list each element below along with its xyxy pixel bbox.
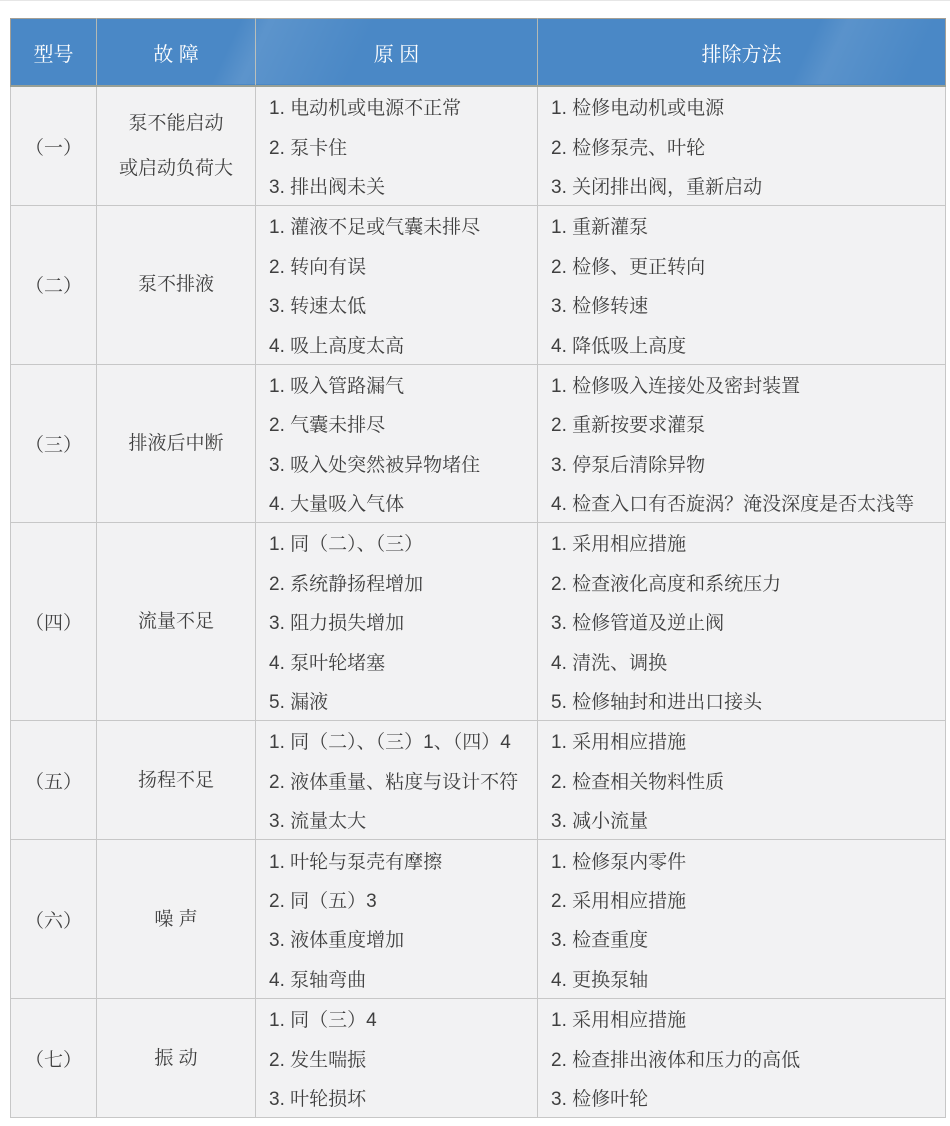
solutions-cell: 1. 检修泵内零件2. 采用相应措施3. 检查重度4. 更换泵轴	[538, 840, 946, 999]
fault-line: 流量不足	[97, 599, 255, 644]
model-cell: （六）	[11, 840, 97, 999]
fault-line: 泵不能启动	[97, 101, 255, 146]
solution-line: 4. 降低吸上高度	[551, 324, 945, 363]
cause-line: 4. 泵轴弯曲	[269, 959, 537, 998]
table-row: （四）流量不足1. 同（二）、（三）2. 系统静扬程增加3. 阻力损失增加4. …	[11, 523, 946, 721]
solution-line: 1. 检修吸入连接处及密封装置	[551, 365, 945, 404]
solutions-cell: 1. 采用相应措施2. 检查排出液体和压力的高低3. 检修叶轮	[538, 998, 946, 1117]
solutions-cell: 1. 采用相应措施2. 检查相关物料性质3. 减小流量	[538, 721, 946, 840]
model-cell: （三）	[11, 364, 97, 523]
causes-cell: 1. 灌液不足或气囊未排尽2. 转向有误3. 转速太低4. 吸上高度太高	[256, 206, 538, 365]
top-divider	[0, 0, 950, 1]
cause-line: 2. 液体重量、粘度与设计不符	[269, 761, 537, 800]
fault-cell: 泵不能启动或启动负荷大	[97, 86, 256, 206]
causes-cell: 1. 同（三）42. 发生喘振3. 叶轮损坏	[256, 998, 538, 1117]
solutions-cell: 1. 检修吸入连接处及密封装置2. 重新按要求灌泵3. 停泵后清除异物4. 检查…	[538, 364, 946, 523]
cause-line: 3. 阻力损失增加	[269, 602, 537, 641]
fault-cell: 扬程不足	[97, 721, 256, 840]
solution-line: 3. 关闭排出阀，重新启动	[551, 166, 945, 205]
solution-line: 2. 重新按要求灌泵	[551, 404, 945, 443]
solution-line: 1. 重新灌泵	[551, 206, 945, 245]
causes-cell: 1. 吸入管路漏气2. 气囊未排尽3. 吸入处突然被异物堵住4. 大量吸入气体	[256, 364, 538, 523]
cause-line: 1. 叶轮与泵壳有摩擦	[269, 840, 537, 879]
solution-line: 1. 采用相应措施	[551, 999, 945, 1038]
cause-line: 4. 吸上高度太高	[269, 324, 537, 363]
fault-line: 泵不排液	[97, 262, 255, 307]
cause-line: 1. 吸入管路漏气	[269, 365, 537, 404]
cause-line: 1. 电动机或电源不正常	[269, 87, 537, 126]
cause-line: 1. 同（三）4	[269, 999, 537, 1038]
fault-cell: 振 动	[97, 998, 256, 1117]
solution-line: 5. 检修轴封和进出口接头	[551, 681, 945, 720]
solution-line: 4. 清洗、调换	[551, 641, 945, 680]
solutions-cell: 1. 重新灌泵2. 检修、更正转向3. 检修转速4. 降低吸上高度	[538, 206, 946, 365]
solution-line: 3. 减小流量	[551, 800, 945, 839]
header-fault: 故 障	[97, 19, 256, 87]
cause-line: 5. 漏液	[269, 681, 537, 720]
solution-line: 3. 检查重度	[551, 919, 945, 958]
fault-cell: 排液后中断	[97, 364, 256, 523]
solution-line: 2. 检修、更正转向	[551, 246, 945, 285]
table-body: （一）泵不能启动或启动负荷大1. 电动机或电源不正常2. 泵卡住3. 排出阀未关…	[11, 86, 946, 1118]
cause-line: 2. 泵卡住	[269, 126, 537, 165]
cause-line: 3. 流量太大	[269, 800, 537, 839]
cause-line: 1. 同（二）、（三）1、（四）4	[269, 721, 537, 760]
fault-line: 或启动负荷大	[97, 146, 255, 191]
solutions-cell: 1. 检修电动机或电源2. 检修泵壳、叶轮3. 关闭排出阀，重新启动	[538, 86, 946, 206]
fault-cell: 泵不排液	[97, 206, 256, 365]
cause-line: 1. 灌液不足或气囊未排尽	[269, 206, 537, 245]
solution-line: 1. 采用相应措施	[551, 523, 945, 562]
cause-line: 2. 气囊未排尽	[269, 404, 537, 443]
table-row: （六）噪 声1. 叶轮与泵壳有摩擦2. 同（五）33. 液体重度增加4. 泵轴弯…	[11, 840, 946, 999]
cause-line: 2. 同（五）3	[269, 880, 537, 919]
table-row: （二）泵不排液1. 灌液不足或气囊未排尽2. 转向有误3. 转速太低4. 吸上高…	[11, 206, 946, 365]
causes-cell: 1. 同（二）、（三）2. 系统静扬程增加3. 阻力损失增加4. 泵叶轮堵塞5.…	[256, 523, 538, 721]
solution-line: 3. 检修叶轮	[551, 1078, 945, 1117]
solution-line: 4. 检查入口有否旋涡？淹没深度是否太浅等	[551, 483, 945, 522]
solution-line: 2. 采用相应措施	[551, 880, 945, 919]
cause-line: 1. 同（二）、（三）	[269, 523, 537, 562]
model-cell: （五）	[11, 721, 97, 840]
table-row: （五）扬程不足1. 同（二）、（三）1、（四）42. 液体重量、粘度与设计不符3…	[11, 721, 946, 840]
causes-cell: 1. 同（二）、（三）1、（四）42. 液体重量、粘度与设计不符3. 流量太大	[256, 721, 538, 840]
solution-line: 1. 采用相应措施	[551, 721, 945, 760]
table-row: （三）排液后中断1. 吸入管路漏气2. 气囊未排尽3. 吸入处突然被异物堵住4.…	[11, 364, 946, 523]
solution-line: 2. 检查排出液体和压力的高低	[551, 1038, 945, 1077]
cause-line: 4. 泵叶轮堵塞	[269, 641, 537, 680]
fault-line: 排液后中断	[97, 421, 255, 466]
solution-line: 2. 检查液化高度和系统压力	[551, 563, 945, 602]
cause-line: 4. 大量吸入气体	[269, 483, 537, 522]
cause-line: 3. 液体重度增加	[269, 919, 537, 958]
table-header-row: 型号 故 障 原 因 排除方法	[11, 19, 946, 87]
table-row: （七）振 动1. 同（三）42. 发生喘振3. 叶轮损坏1. 采用相应措施2. …	[11, 998, 946, 1117]
model-cell: （二）	[11, 206, 97, 365]
fault-cell: 流量不足	[97, 523, 256, 721]
causes-cell: 1. 叶轮与泵壳有摩擦2. 同（五）33. 液体重度增加4. 泵轴弯曲	[256, 840, 538, 999]
model-cell: （一）	[11, 86, 97, 206]
solutions-cell: 1. 采用相应措施2. 检查液化高度和系统压力3. 检修管道及逆止阀4. 清洗、…	[538, 523, 946, 721]
cause-line: 2. 发生喘振	[269, 1038, 537, 1077]
pump-fault-table: 型号 故 障 原 因 排除方法 （一）泵不能启动或启动负荷大1. 电动机或电源不…	[10, 18, 946, 1118]
fault-line: 扬程不足	[97, 758, 255, 803]
solution-line: 1. 检修泵内零件	[551, 840, 945, 879]
table-row: （一）泵不能启动或启动负荷大1. 电动机或电源不正常2. 泵卡住3. 排出阀未关…	[11, 86, 946, 206]
header-model: 型号	[11, 19, 97, 87]
solution-line: 3. 检修管道及逆止阀	[551, 602, 945, 641]
fault-cell: 噪 声	[97, 840, 256, 999]
solution-line: 2. 检修泵壳、叶轮	[551, 126, 945, 165]
cause-line: 2. 转向有误	[269, 246, 537, 285]
cause-line: 3. 转速太低	[269, 285, 537, 324]
fault-line: 振 动	[97, 1036, 255, 1081]
cause-line: 3. 排出阀未关	[269, 166, 537, 205]
solution-line: 3. 检修转速	[551, 285, 945, 324]
solution-line: 1. 检修电动机或电源	[551, 87, 945, 126]
solution-line: 2. 检查相关物料性质	[551, 761, 945, 800]
solution-line: 3. 停泵后清除异物	[551, 444, 945, 483]
model-cell: （四）	[11, 523, 97, 721]
fault-line: 噪 声	[97, 897, 255, 942]
causes-cell: 1. 电动机或电源不正常2. 泵卡住3. 排出阀未关	[256, 86, 538, 206]
header-solution: 排除方法	[538, 19, 946, 87]
cause-line: 2. 系统静扬程增加	[269, 563, 537, 602]
model-cell: （七）	[11, 998, 97, 1117]
cause-line: 3. 叶轮损坏	[269, 1078, 537, 1117]
solution-line: 4. 更换泵轴	[551, 959, 945, 998]
cause-line: 3. 吸入处突然被异物堵住	[269, 444, 537, 483]
header-cause: 原 因	[256, 19, 538, 87]
